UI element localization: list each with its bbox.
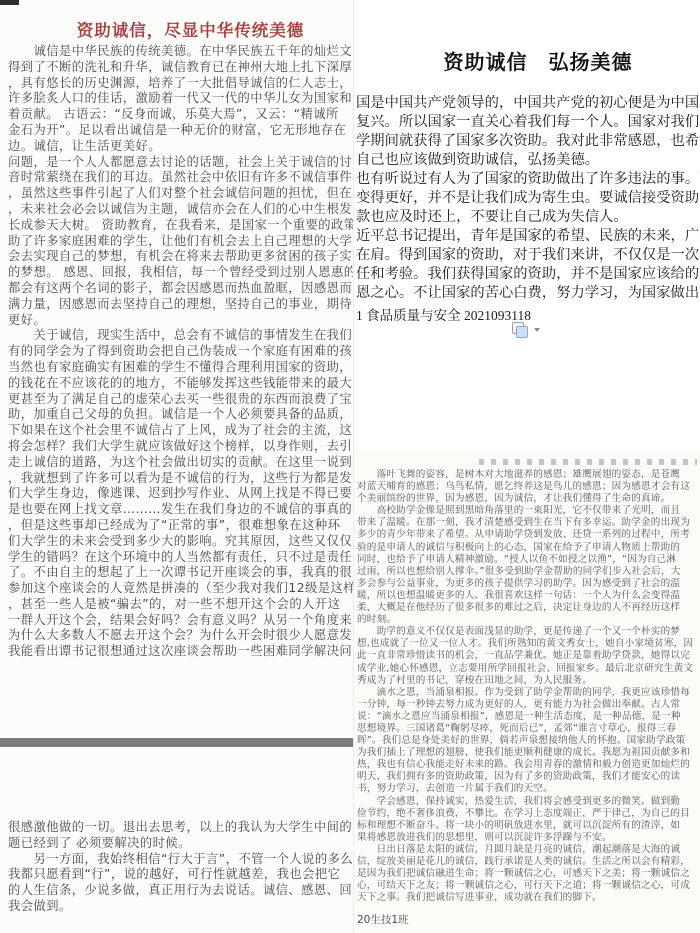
scanned-line: 心，可结天下之友；将一颗诚信之心，可行天下之道；将一颗诚信之心，可成	[357, 880, 700, 892]
scanned-line: 信，绽放美丽是花儿的诚信，践行承诺是人类的诚信。生活之所以会有精彩，	[357, 856, 700, 868]
printed-line: 学期间就获得了国家多次资助。我对此非常感恩，也希望不辜负	[356, 132, 700, 151]
scanned-line: 落叶飞舞的姿容，是树木对大地滋养的感恩；雄鹰展翅的姿态，是苍鹰	[357, 469, 700, 481]
scanned-essay-lines: 落叶飞舞的姿容，是树木对大地滋养的感恩；雄鹰展翅的姿态，是苍鹰对蓝天哺育的感恩；…	[357, 469, 700, 904]
scanned-line: 书，努力学习，去创造一片属于我们的天空。	[357, 783, 700, 795]
scanned-line: 俭节约，绝不奢侈浪费，不攀比。在学习上态度端正，严于律己，为自己的目	[357, 808, 700, 820]
scanned-line: 果将感恩放进我们的思想里，则可以沉淀许多浮躁与不安。	[357, 832, 700, 844]
document-view: 资助诚信，尽显中华传统美德 诚信是中华民族的传统美德。在中华民族五千年的灿烂文明…	[0, 0, 700, 933]
printed-line: 任和考验。我们获得国家的资助，并不是国家应该给的，我们也	[356, 265, 700, 284]
left-scanned-page: 资助诚信，尽显中华传统美德 诚信是中华民族的传统美德。在中华民族五千年的灿烂文明…	[0, 0, 353, 933]
scanned-line: 是因为我们把诚信融进生命；将一颗诚信之心，可感天下之美；将一颗诚信之	[357, 868, 700, 880]
scanned-line: 助学的意义不仅仅是表面浅显的助学，更是传递了一个又一个朴实的梦	[357, 626, 700, 638]
printed-line: 近平总书记提出，青年是国家的希望、民族的未来，广大青年	[356, 227, 700, 246]
clipboard-front-icon	[516, 326, 528, 338]
left-page-title: 资助诚信，尽显中华传统美德	[0, 17, 353, 41]
scanned-line: 过雨，所以也想给别人撑伞。”很多受到助学金帮助的同学们步入社会后，大	[357, 566, 700, 578]
class-label: 20生技1班	[357, 912, 409, 927]
right-page-title: 资助诚信 弘扬美德	[354, 46, 700, 75]
scanned-line: 多会参与公益事业，为更多的孩子提供学习的助学。因为感受到了社会的温	[357, 578, 700, 590]
dropdown-arrow-icon	[534, 328, 540, 332]
scanned-line: 天下之事。我们把诚信写进事业，成功就在我们的脚下。	[357, 892, 700, 904]
printed-line: 在肩。得到国家的资助，对于我们来讲，不仅仅是一次际遇和机	[356, 246, 700, 265]
scanned-line: 同时，也给予了申请人精神激励。“授人以鱼不如授之以渔”，“因为自己淋	[357, 554, 700, 566]
scanned-line: 一分钟，每一秒钟去努力成为更好的人，更有能力为社会做出奉献。古人常	[357, 699, 700, 711]
scanned-line: 滴水之恩，当涌泉相报。作为受到了助学金帮助的同学，我更应该珍惜每	[357, 687, 700, 699]
scanned-line: 晖”。我们总是身处美好的世界，倘若声泉想接纳他人的怀抱。国家助学政策	[357, 735, 700, 747]
corner-mark	[0, 0, 19, 5]
printed-line: 国是中国共产党领导的，中国共产党的初心便是为中国人民谋幸	[356, 94, 700, 113]
scanned-line: 带来了温暖。在那一刻，我才清楚感受到生在当下有多幸运。助学金的出现为	[357, 517, 700, 529]
scanned-line: 秀成为了村里的书记，穿梭在田地之间，为人民服务。	[357, 675, 700, 687]
scanned-line: 个美丽缤纷的世界，因为感恩，因为诚信，才让我们懂得了生命的真谛。	[357, 493, 700, 505]
scanned-line: 学会感恩，保持诚实，热爱生活，我们将会感受到更多的微笑。做到勤	[357, 796, 700, 808]
printed-paragraphs: 国是中国共产党领导的，中国共产党的初心便是为中国人民谋幸复兴。所以国家一直关心着…	[356, 94, 700, 303]
scanned-line: 想,也成就了一位又一位人才。我们所熟知的黄文秀女士，她自小家境贫寒，因	[357, 638, 700, 650]
printed-line: 复兴。所以国家一直关心着我们每一个人。国家对我们学生是十	[356, 113, 700, 132]
embedded-scanned-essay: 落叶飞舞的姿容，是树木对大地滋养的感恩；雄鹰展翅的姿态，是苍鹰对蓝天哺育的感恩；…	[354, 450, 700, 933]
scanned-line: 明天，我们拥有多的资助政策，因为有了多的资助政策，我们才能安心的读	[357, 771, 700, 783]
scanned-line: 验的是申请人的诚信与积极向上的心态，国家在给予了申请人物质上帮助的	[357, 542, 700, 554]
printed-line: 自己也应该做到资助诚信，弘扬美德。	[356, 151, 700, 170]
scanned-line: 柔，大概是在他经历了很多很多的难过之后，决定让身边的人不再经历这样	[357, 602, 700, 614]
scanned-line: 高校助学金像是照到黑暗角落里的一束阳光，它不仅带来了光明，而且	[357, 505, 700, 517]
faint-cropped-line	[479, 459, 697, 465]
printed-line: 也有听说过有人为了国家的资助做出了许多违法的事。可是国家	[356, 170, 700, 189]
scanned-line: 对蓝天哺育的感恩；乌鸟私情，愿乞终养这是鸟儿的感恩；因为感恩才会有这	[357, 481, 700, 493]
scanned-line: 说：“滴水之恩应当涌泉相报”，感恩是一种生活态度，是一种品德，是一种	[357, 711, 700, 723]
scanned-line: 标和理想不断奋斗。将一块小的明矾放进水里，就可以沉淀所有的渣滓，如	[357, 820, 700, 832]
scanned-line: 多少的青少年带来了希望。从申请助学贷到发放、还贷一系列的过程中，所考	[357, 529, 700, 541]
scanned-line: 为我们插上了理想的翅膀，使我们能更顺利健康的成长。我愿为祖国贡献多和	[357, 747, 700, 759]
scanned-line: 思想境界。三国诸葛“鞠躬尽瘁，死而后已”，孟郊“谁言寸草心，报得三春	[357, 723, 700, 735]
scanned-line: 的时刻。	[357, 614, 700, 626]
scanned-line: 日出日落是太阳的诚信，月圆月缺是月亮的诚信，潮起潮落是大海的诚	[357, 844, 700, 856]
right-document-page: 资助诚信 弘扬美德 国是中国共产党领导的，中国共产党的初心便是为中国人民谋幸复兴…	[353, 0, 700, 933]
printed-line: 款也应及时还上，不要让自己成为失信人。	[356, 208, 700, 227]
scanned-line: 热，我也有信心我能走好未来的路。我会用青春的激情和毅力创造更加灿烂的	[357, 759, 700, 771]
printed-line: 变得更好，并不是让我们成为寄生虫。要诚信接受资助，不拿自	[356, 189, 700, 208]
scanned-line: 成学业,她心怀感恩，立志要用所学回报社会、回报家乡。最后北京研究生黄文	[357, 663, 700, 675]
author-class-id: 1 食品质量与安全 2021093118	[356, 304, 531, 324]
printed-line: 恩之心。不让国家的苦心白费，努力学习，为国家做出自己的	[356, 284, 700, 303]
page-break-divider	[0, 738, 353, 747]
paste-options-icon[interactable]	[512, 322, 542, 340]
scanned-line: 此一直非常珍惜读书的机会，一直品学兼优。她正是靠着助学贷款，她得以完	[357, 650, 700, 662]
scanned-line: 暖，所以也想温暖更多的人。我很喜欢这样一句话：一个人为什么会变得温	[357, 590, 700, 602]
